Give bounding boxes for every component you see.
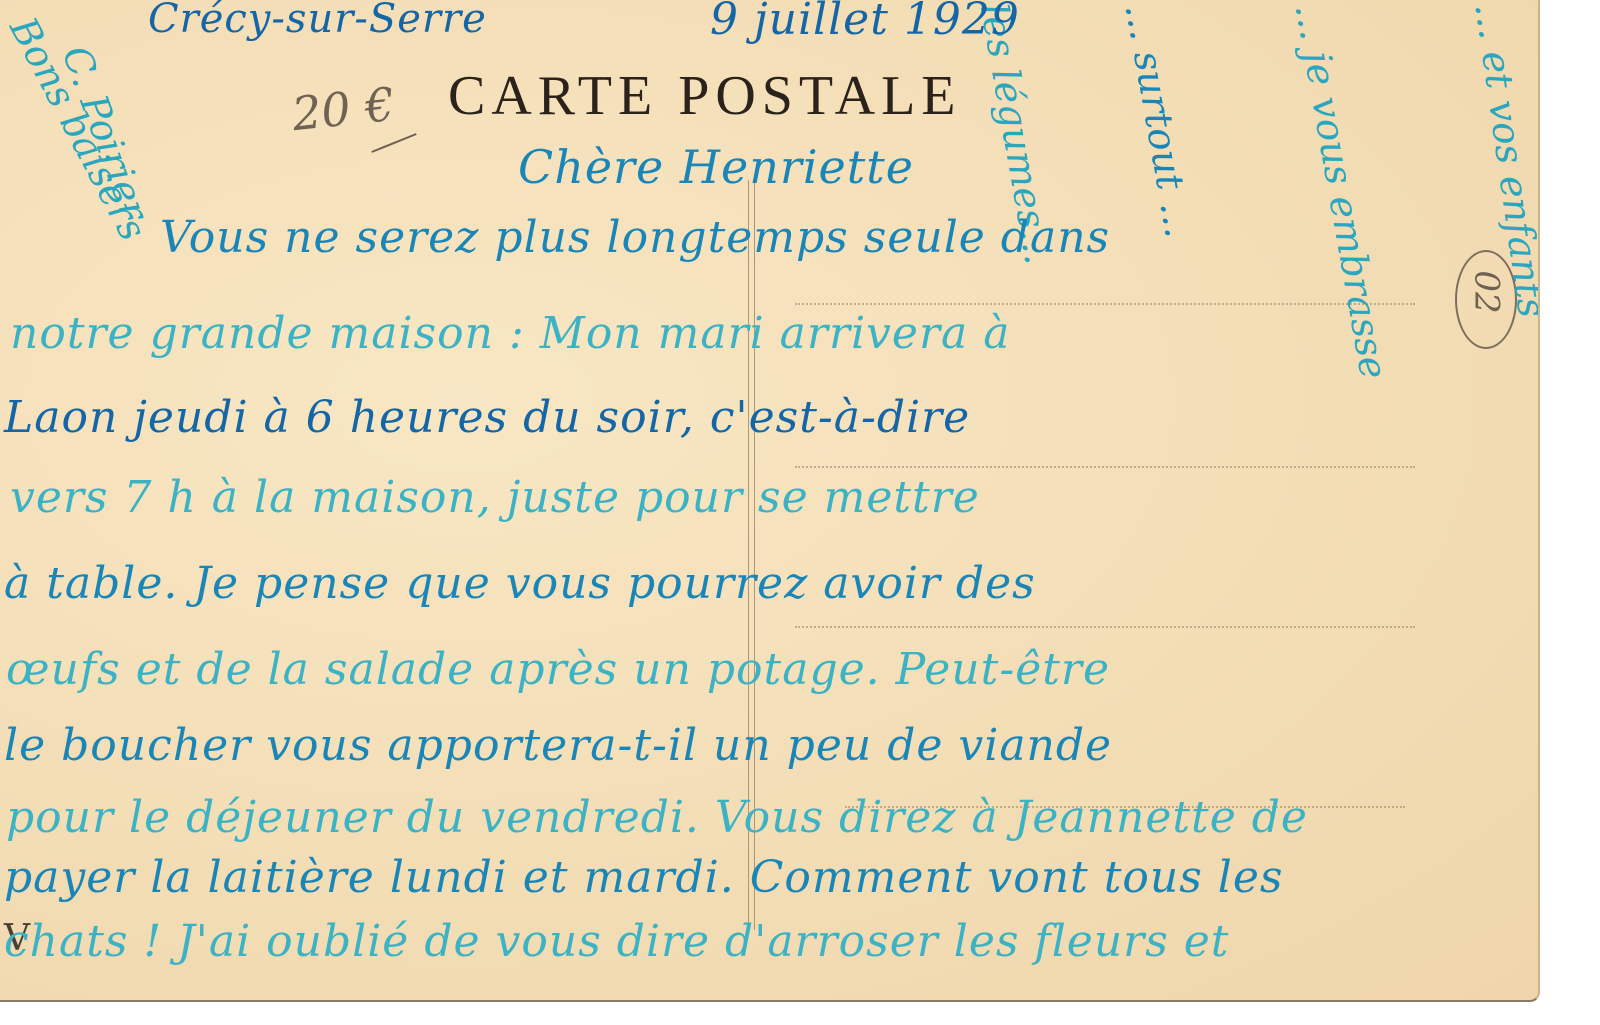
margin-note-right-2: ... surtout ... (1117, 0, 1201, 241)
letter-line: Vous ne serez plus longtemps seule dans (160, 212, 1110, 263)
letter-line: Laon jeudi à 6 heures du soir, c'est-à-d… (4, 392, 970, 443)
address-line (795, 466, 1415, 468)
letter-date: 9 juillet 1929 (710, 0, 1020, 45)
pencil-price-note: 20 € (289, 77, 397, 141)
address-line (795, 303, 1415, 305)
postcard-back: CARTE POSTALE 20 € 02 V Bons baisers C. … (0, 0, 1540, 1002)
margin-note-right-3: ... je vous embrasse (1287, 0, 1396, 382)
letter-salutation: Chère Henriette (518, 140, 914, 194)
pencil-underline (371, 133, 416, 153)
letter-line: le boucher vous apportera-t-il un peu de… (4, 720, 1112, 771)
address-line (795, 626, 1415, 628)
letter-line: à table. Je pense que vous pourrez avoir… (4, 558, 1036, 609)
letter-place: Crécy-sur-Serre (148, 0, 487, 42)
letter-line: œufs et de la salade après un potage. Pe… (6, 644, 1110, 695)
letter-line: payer la laitière lundi et mardi. Commen… (4, 852, 1283, 903)
department-number: 02 (1467, 270, 1507, 313)
letter-line: notre grande maison : Mon mari arrivera … (10, 308, 1010, 359)
letter-line: pour le déjeuner du vendredi. Vous direz… (6, 792, 1308, 843)
letter-line: chats ! J'ai oublié de vous dire d'arros… (4, 916, 1229, 967)
letter-line: vers 7 h à la maison, juste pour se mett… (10, 472, 980, 523)
printed-header: CARTE POSTALE (448, 64, 962, 128)
